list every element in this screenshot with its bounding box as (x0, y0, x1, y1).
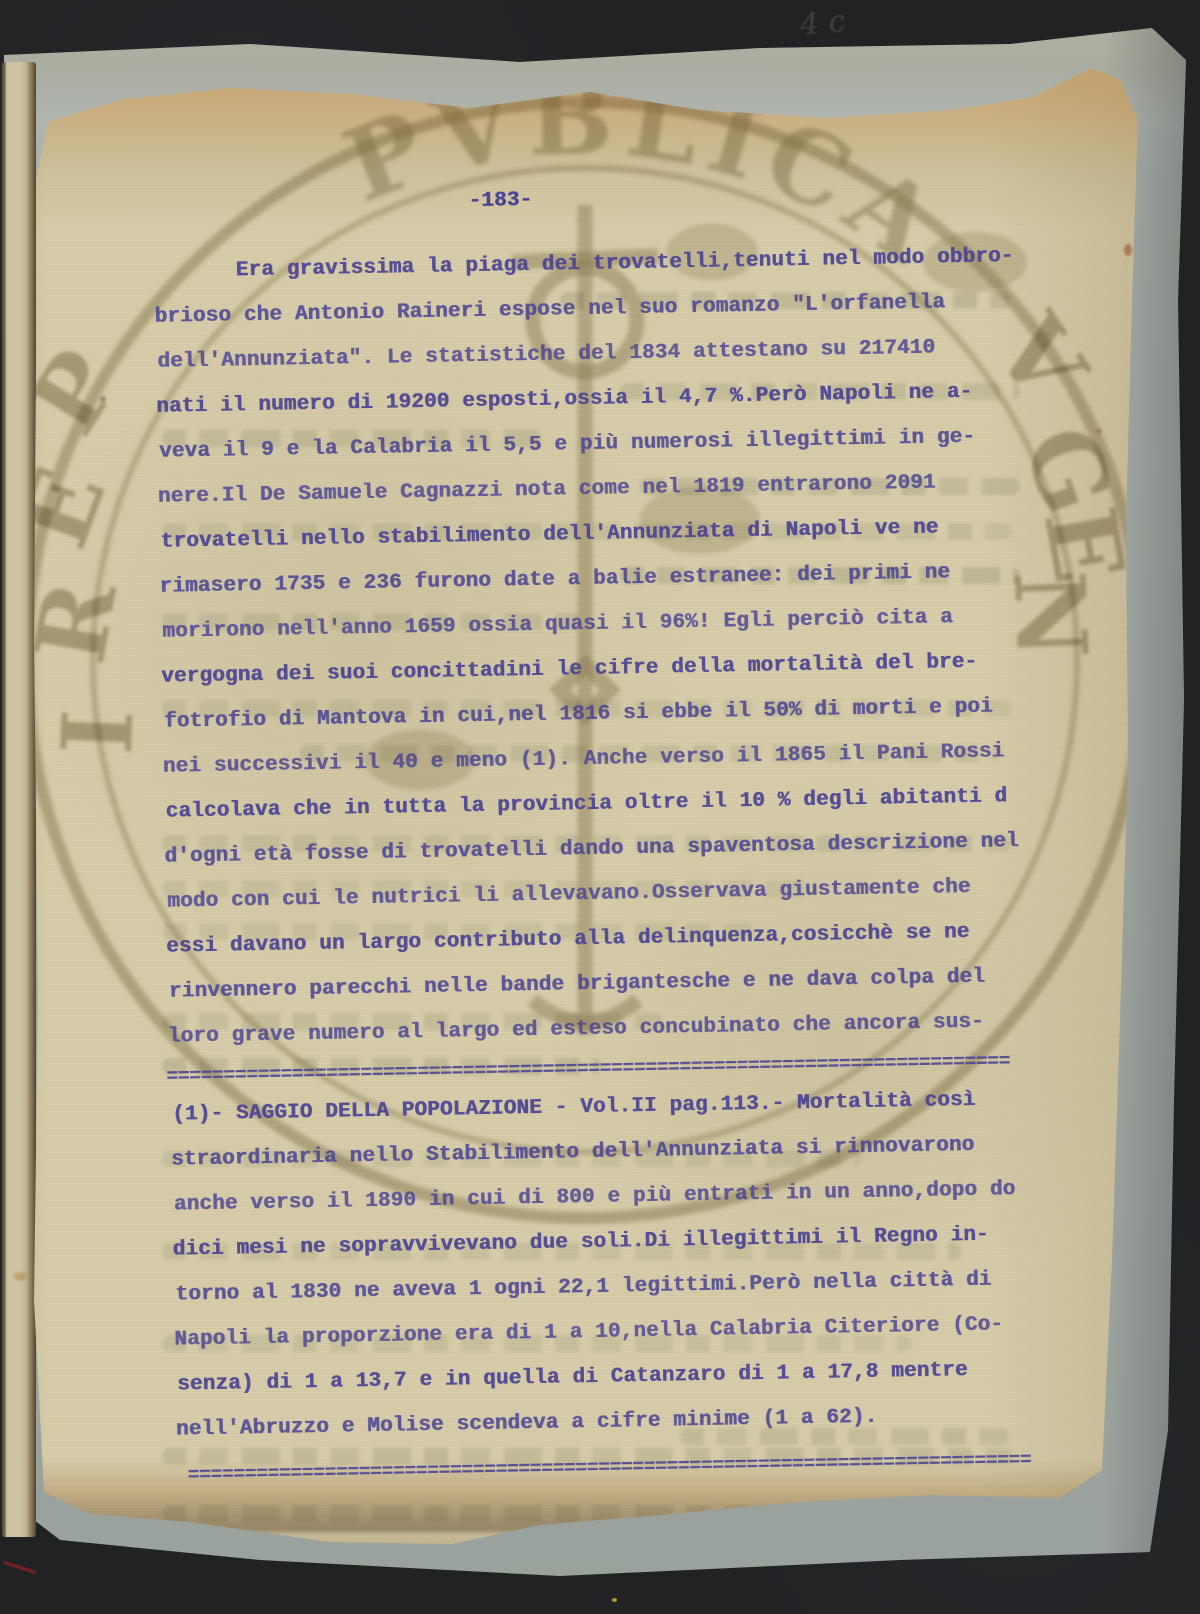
ink-speck (100, 396, 106, 402)
document-page: PVBLICA PERIVGEN -183- Era gravissi (0, 0, 1200, 1614)
pencil-annotation: 4 c (798, 4, 847, 44)
rust-stain (1124, 244, 1132, 256)
typed-text-layer: -183- Era gravissima la piaga dei trovat… (150, 164, 1075, 1560)
yellow-speck (612, 1598, 617, 1602)
red-thread (3, 1561, 36, 1574)
separator-line-bottom: ========================================… (188, 1447, 1034, 1488)
paper-stain (14, 1272, 26, 1281)
stamp-letter: I (41, 708, 155, 757)
scan-backdrop: PVBLICA PERIVGEN -183- Era gravissi (0, 0, 1200, 1614)
page-number: -183- (468, 189, 532, 213)
rust-speck (1096, 428, 1102, 434)
footnote: (1)- SAGGIO DELLA POPOLAZIONE - Vol.II p… (170, 1077, 1056, 1453)
body-paragraph: Era gravissima la piaga dei trovatelli,t… (153, 234, 1048, 1060)
page-left-edge (2, 62, 36, 1537)
